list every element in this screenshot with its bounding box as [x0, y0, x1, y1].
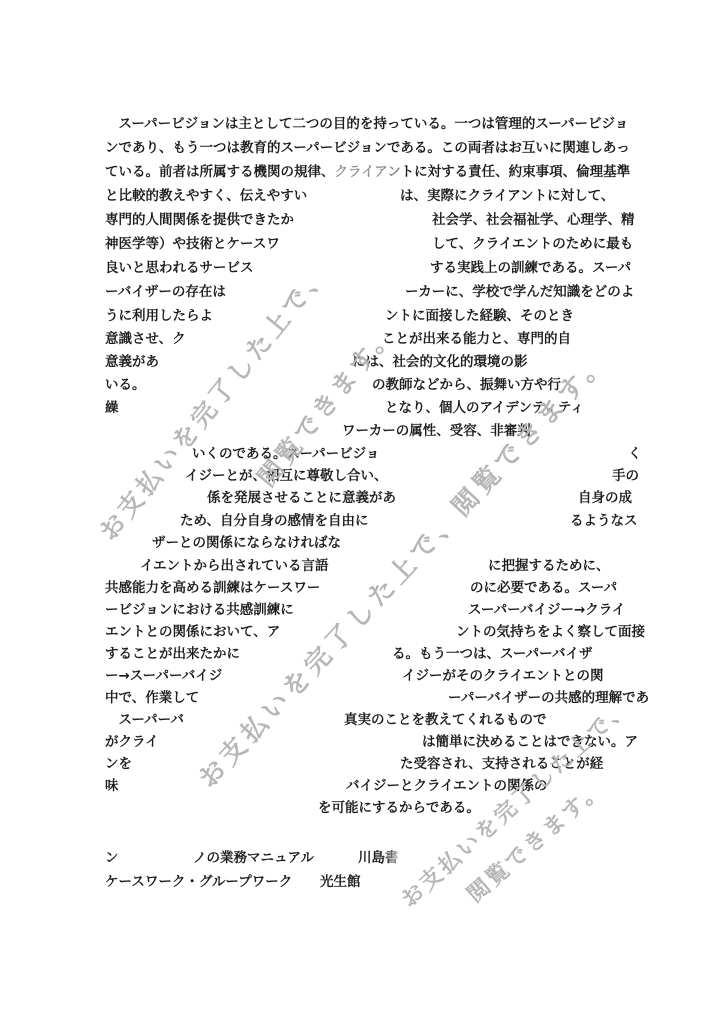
text-fragment: た受容され、支持されることが経: [400, 754, 603, 774]
text-line: ケースワーク・グループワーク光生館: [0, 872, 724, 892]
text-line: スーパーバ真実のことを教えてくれるもので: [0, 710, 724, 730]
text-fragment: 意義があ: [105, 352, 159, 372]
wash-blot: [100, 486, 203, 506]
text-fragment: ため、自分自身の感情を自由に: [180, 511, 368, 531]
text-fragment: となり、個人のアイデンティティ: [385, 398, 584, 418]
wash-blot: [333, 554, 482, 574]
text-fragment: るようなス: [570, 511, 638, 531]
wash-blot: [100, 509, 176, 529]
wash-blot: [217, 304, 379, 324]
text-fragment: ノの業務マニュアル: [193, 848, 314, 868]
text-fragment: イジーとが、相互に尊敬し合い、: [185, 466, 388, 486]
text-line: ンであり、もう一つは教育的スーパービジョンである。この両者はお互いに関連しあっ: [0, 138, 724, 158]
text-fragment: には、社会的文化的環境の影: [352, 352, 528, 372]
text-fragment: 味: [105, 776, 119, 796]
wash-blot: [284, 620, 450, 640]
text-line: スーパービジョンは主として二つの目的を持っている。一つは管理的スーパービジョ: [0, 114, 724, 134]
text-fragment: の教師などから、振舞い方や行: [372, 375, 561, 395]
wash-blot: [120, 846, 188, 866]
text-fragment: を可能にするからである。: [318, 798, 480, 818]
wash-blot: [190, 327, 376, 347]
wash-blot: [122, 774, 340, 794]
text-fragment: イジーがそのクライエントとの関: [402, 666, 604, 686]
text-line: ンノの業務マニュアル川島書: [0, 848, 724, 868]
wash-blot: [327, 160, 399, 179]
wash-blot: [100, 419, 336, 439]
text-fragment: と比較的教えやすく、伝えやすい: [105, 186, 307, 206]
wash-blot: [244, 642, 386, 662]
wash-blot: [345, 531, 644, 551]
text-fragment: 専門的人間関係を提供できたか: [105, 210, 294, 230]
text-fragment: ーパーバイザーの共感的理解であ: [448, 688, 649, 708]
text-fragment: ン: [105, 848, 119, 868]
text-fragment: イエントから出されている言語: [140, 556, 328, 576]
wash-blot: [257, 256, 424, 276]
wash-blot: [400, 486, 572, 506]
text-fragment: ントの気持ちをよく察して面接: [456, 622, 645, 642]
text-fragment: ーバイザーの存在は: [105, 282, 226, 302]
wash-blot: [163, 350, 346, 370]
text-fragment: 自身の成: [578, 488, 632, 508]
text-fragment: のに必要である。スーパ: [470, 578, 617, 598]
wash-blot: [230, 664, 396, 684]
text-fragment: ントに面接した経験、そのとき: [385, 306, 574, 326]
wash-blot: [100, 796, 312, 816]
text-fragment: 社会学、社会福祉学、心理学、精: [432, 210, 635, 230]
text-fragment: は簡単に決めることはできない。ア: [422, 732, 638, 752]
text-fragment: する実践上の訓練である。スーパ: [430, 258, 631, 278]
text-fragment: いる。: [105, 375, 146, 395]
text-fragment: ワーカーの属性、受容、非審判: [342, 421, 531, 441]
wash-blot: [311, 184, 394, 204]
text-line: 味バイジーとクライエントの関係の: [0, 776, 724, 796]
wash-blot: [391, 846, 421, 866]
wash-blot: [373, 509, 564, 529]
wash-blot: [203, 686, 442, 706]
text-fragment: することが出来たかに: [105, 644, 240, 664]
text-fragment: ービジョンにおける共感訓練に: [105, 600, 294, 620]
text-fragment: スーパーバイジー→クライ: [468, 600, 625, 620]
wash-blot: [100, 442, 188, 462]
wash-blot: [100, 531, 148, 551]
text-fragment: 係を発展させることに意義があ: [207, 488, 396, 508]
wash-blot: [385, 442, 622, 462]
wash-blot: [163, 730, 416, 750]
text-fragment: うに利用したらよ: [105, 306, 213, 326]
text-line: 意義があには、社会的文化的環境の影: [0, 352, 724, 372]
scanned-document-page: スーパービジョンは主として二つの目的を持っている。一つは管理的スーパービジョンで…: [0, 0, 724, 1024]
text-fragment: 光生館: [320, 872, 361, 892]
wash-blot: [391, 464, 606, 484]
text-fragment: エントとの関係において、ア: [105, 622, 280, 642]
wash-blot: [100, 464, 181, 484]
text-fragment: 良いと思われるサービス: [105, 258, 254, 278]
wash-blot: [230, 280, 399, 300]
text-fragment: ことが出来る能力と、専門的自: [382, 329, 571, 349]
text-fragment: ー→スーパーバイジ: [105, 666, 222, 686]
wash-blot: [298, 598, 462, 618]
wash-blot: [136, 752, 394, 772]
text-fragment: ケースワーク・グループワーク: [105, 872, 292, 892]
text-fragment: く: [628, 444, 642, 464]
text-fragment: ザーとの関係にならなければな: [152, 533, 341, 553]
text-fragment: る。もう一つは、スーパーバイザ: [392, 644, 592, 664]
text-fragment: して、クライエントのために最も: [432, 234, 633, 254]
wash-blot: [190, 708, 338, 728]
text-fragment: に把握するために、: [488, 556, 610, 576]
wash-blot: [122, 396, 379, 416]
wash-blot: [100, 554, 136, 574]
text-fragment: ンを: [105, 754, 132, 774]
text-fragment: ーカーに、学校で学んだ知識をどのよ: [405, 282, 634, 302]
text-fragment: スーパーバ: [105, 710, 184, 730]
text-fragment: 共感能力を高める訓練はケースワー: [105, 578, 320, 598]
text-fragment: 繰: [105, 398, 119, 418]
text-fragment: 神医学等）や技術とケースワ: [105, 234, 280, 254]
wash-blot: [298, 208, 426, 228]
text-fragment: スーパービジョンは主として二つの目的を持っている。一つは管理的スーパービジョ: [105, 114, 628, 134]
text-fragment: いくのである。スーパービジョ: [192, 444, 379, 464]
wash-blot: [284, 232, 426, 252]
text-fragment: 真実のことを教えてくれるもので: [344, 710, 547, 730]
wash-blot: [325, 576, 464, 596]
wash-blot: [149, 373, 366, 393]
text-fragment: 意識させ、ク: [105, 329, 186, 349]
text-fragment: がクライ: [105, 732, 159, 752]
text-fragment: は、実際にクライアントに対して、: [400, 186, 614, 206]
text-fragment: 中で、作業して: [105, 688, 199, 708]
text-fragment: ンであり、もう一つは教育的スーパービジョンである。この両者はお互いに関連しあっ: [105, 138, 630, 158]
text-fragment: 手の: [612, 466, 639, 486]
text-fragment: バイジーとクライエントの関係の: [346, 776, 548, 796]
